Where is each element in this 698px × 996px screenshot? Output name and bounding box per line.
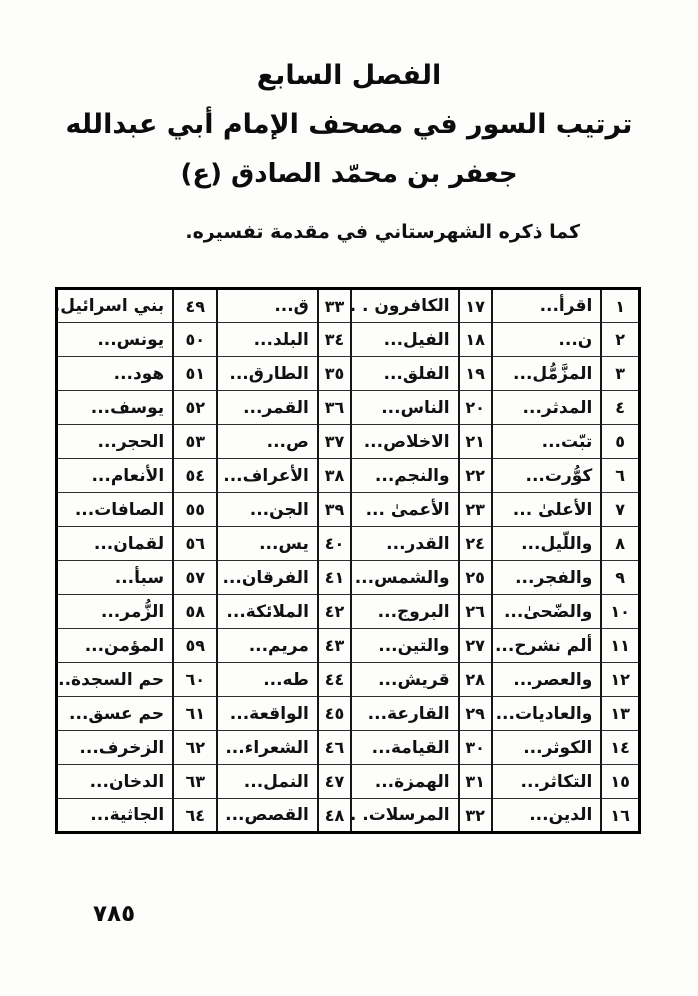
surah-order-number: ٤	[601, 391, 639, 425]
book-page: { "header": { "chapter_title": "الفصل ال…	[0, 0, 698, 996]
surah-name: بني اسرائيل...	[57, 289, 174, 323]
surah-order-number: ٩	[601, 561, 639, 595]
surah-name: ص...	[217, 425, 318, 459]
surah-table-container: ١اقرأ...١٧الكافرون . .٣٣ق...٤٩بني اسرائي…	[55, 287, 641, 834]
table-row: ١١ألم نشرح...٢٧والتين...٤٣مريم...٥٩المؤم…	[57, 629, 640, 663]
surah-order-number: ١٣	[601, 697, 639, 731]
surah-order-number: ٤٨	[318, 799, 351, 833]
surah-name: والنجم...	[351, 459, 459, 493]
surah-name: اقرأ...	[492, 289, 602, 323]
surah-order-number: ٤١	[318, 561, 351, 595]
surah-name: البروج...	[351, 595, 459, 629]
surah-order-number: ١٤	[601, 731, 639, 765]
surah-order-number: ٦٠	[173, 663, 217, 697]
surah-order-number: ١٢	[601, 663, 639, 697]
table-row: ٨واللّيل...٢٤القدر...٤٠يس...٥٦لقمان...	[57, 527, 640, 561]
table-row: ١٥التكاثر...٣١الهمزة...٤٧النمل...٦٣الدخا…	[57, 765, 640, 799]
surah-name: الفرقان...	[217, 561, 318, 595]
surah-order-number: ٤٥	[318, 697, 351, 731]
surah-name: المؤمن...	[57, 629, 174, 663]
surah-name: التكاثر...	[492, 765, 602, 799]
surah-name: المزَّمُّل...	[492, 357, 602, 391]
surah-order-number: ٦١	[173, 697, 217, 731]
surah-order-number: ٥٠	[173, 323, 217, 357]
surah-order-number: ٥١	[173, 357, 217, 391]
surah-name: يس...	[217, 527, 318, 561]
surah-table: ١اقرأ...١٧الكافرون . .٣٣ق...٤٩بني اسرائي…	[55, 287, 641, 834]
surah-order-number: ٤٤	[318, 663, 351, 697]
surah-name: والعصر...	[492, 663, 602, 697]
surah-name: واللّيل...	[492, 527, 602, 561]
surah-order-number: ٣٤	[318, 323, 351, 357]
surah-order-number: ٥٦	[173, 527, 217, 561]
surah-order-number: ٦٤	[173, 799, 217, 833]
surah-name: الفلق...	[351, 357, 459, 391]
surah-name: تبّت...	[492, 425, 602, 459]
table-row: ٤المدثر...٢٠الناس...٣٦القمر...٥٢يوسف...	[57, 391, 640, 425]
surah-name: الهمزة...	[351, 765, 459, 799]
surah-order-number: ٥٩	[173, 629, 217, 663]
surah-name: النمل...	[217, 765, 318, 799]
surah-order-number: ٢	[601, 323, 639, 357]
surah-order-number: ٥٣	[173, 425, 217, 459]
chapter-title: الفصل السابع	[0, 60, 698, 91]
surah-name: الشعراء...	[217, 731, 318, 765]
surah-order-number: ٤٣	[318, 629, 351, 663]
surah-name: البلد...	[217, 323, 318, 357]
surah-name: والتين...	[351, 629, 459, 663]
surah-name: الزُّمر...	[57, 595, 174, 629]
surah-name: الزخرف...	[57, 731, 174, 765]
surah-order-number: ١٠	[601, 595, 639, 629]
surah-order-number: ٣٣	[318, 289, 351, 323]
table-row: ٢ن...١٨الفيل...٣٤البلد...٥٠يونس...	[57, 323, 640, 357]
surah-order-number: ٢٨	[459, 663, 492, 697]
surah-order-number: ١١	[601, 629, 639, 663]
surah-name: الناس...	[351, 391, 459, 425]
surah-name: ن...	[492, 323, 602, 357]
surah-order-number: ٢٣	[459, 493, 492, 527]
surah-order-number: ٣٢	[459, 799, 492, 833]
surah-name: المدثر...	[492, 391, 602, 425]
surah-name: الحجر...	[57, 425, 174, 459]
surah-table-body: ١اقرأ...١٧الكافرون . .٣٣ق...٤٩بني اسرائي…	[57, 289, 640, 833]
surah-name: الدين...	[492, 799, 602, 833]
surah-name: والعاديات...	[492, 697, 602, 731]
surah-order-number: ٣١	[459, 765, 492, 799]
surah-order-number: ٤٠	[318, 527, 351, 561]
chapter-attribution: جعفر بن محمّد الصادق (ع)	[0, 159, 698, 189]
table-row: ١٦الدين...٣٢المرسلات. .٤٨القصص...٦٤الجاث…	[57, 799, 640, 833]
surah-order-number: ٦٢	[173, 731, 217, 765]
surah-name: ألم نشرح...	[492, 629, 602, 663]
table-row: ٧الأعلىٰ ...٢٣الأعمىٰ ...٣٩الجن...٥٥الصا…	[57, 493, 640, 527]
surah-name: سبأ...	[57, 561, 174, 595]
surah-order-number: ٥٥	[173, 493, 217, 527]
surah-order-number: ٧	[601, 493, 639, 527]
surah-name: الأعمىٰ ...	[351, 493, 459, 527]
surah-name: ق...	[217, 289, 318, 323]
table-row: ١٢والعصر...٢٨قريش...٤٤طه...٦٠حم السجدة..…	[57, 663, 640, 697]
surah-order-number: ٤٢	[318, 595, 351, 629]
surah-name: الأعلىٰ ...	[492, 493, 602, 527]
surah-name: والضّحىٰ...	[492, 595, 602, 629]
surah-name: الكافرون . .	[351, 289, 459, 323]
surah-order-number: ٢٧	[459, 629, 492, 663]
page-number: ٧٨٥	[93, 901, 135, 927]
table-row: ٣المزَّمُّل...١٩الفلق...٣٥الطارق...٥١هود…	[57, 357, 640, 391]
surah-order-number: ١٩	[459, 357, 492, 391]
surah-name: القصص...	[217, 799, 318, 833]
surah-name: هود...	[57, 357, 174, 391]
table-row: ١٣والعاديات...٢٩القارعة...٤٥الواقعة...٦١…	[57, 697, 640, 731]
surah-name: الأعراف...	[217, 459, 318, 493]
surah-order-number: ٣٥	[318, 357, 351, 391]
surah-order-number: ٣٩	[318, 493, 351, 527]
surah-name: القيامة...	[351, 731, 459, 765]
surah-name: والفجر...	[492, 561, 602, 595]
surah-order-number: ٥٨	[173, 595, 217, 629]
surah-name: الكوثر...	[492, 731, 602, 765]
surah-name: القمر...	[217, 391, 318, 425]
surah-order-number: ٢٢	[459, 459, 492, 493]
surah-name: المرسلات. .	[351, 799, 459, 833]
table-row: ١٤الكوثر...٣٠القيامة...٤٦الشعراء...٦٢الز…	[57, 731, 640, 765]
surah-order-number: ٤٧	[318, 765, 351, 799]
surah-order-number: ١٧	[459, 289, 492, 323]
surah-name: الدخان...	[57, 765, 174, 799]
surah-order-number: ١٥	[601, 765, 639, 799]
surah-name: طه...	[217, 663, 318, 697]
surah-name: الصافات...	[57, 493, 174, 527]
surah-name: مريم...	[217, 629, 318, 663]
surah-order-number: ٢٤	[459, 527, 492, 561]
surah-name: قريش...	[351, 663, 459, 697]
surah-order-number: ٥٧	[173, 561, 217, 595]
source-note: كما ذكره الشهرستاني في مقدمة تفسيره.	[185, 221, 580, 243]
surah-name: حم السجدة...	[57, 663, 174, 697]
table-row: ٩والفجر...٢٥والشمس...٤١الفرقان...٥٧سبأ..…	[57, 561, 640, 595]
surah-name: حم عسق...	[57, 697, 174, 731]
surah-name: الاخلاص...	[351, 425, 459, 459]
surah-order-number: ٢٥	[459, 561, 492, 595]
surah-name: يوسف...	[57, 391, 174, 425]
surah-name: الواقعة...	[217, 697, 318, 731]
surah-order-number: ٢١	[459, 425, 492, 459]
surah-order-number: ٣	[601, 357, 639, 391]
surah-name: الفيل...	[351, 323, 459, 357]
surah-order-number: ١٦	[601, 799, 639, 833]
surah-order-number: ١٨	[459, 323, 492, 357]
surah-order-number: ٥	[601, 425, 639, 459]
surah-order-number: ٢٦	[459, 595, 492, 629]
surah-order-number: ٨	[601, 527, 639, 561]
surah-order-number: ٢٠	[459, 391, 492, 425]
surah-order-number: ٣٦	[318, 391, 351, 425]
surah-order-number: ٥٢	[173, 391, 217, 425]
surah-name: الجاثية...	[57, 799, 174, 833]
surah-order-number: ٣٨	[318, 459, 351, 493]
surah-order-number: ٢٩	[459, 697, 492, 731]
surah-name: الطارق...	[217, 357, 318, 391]
table-row: ٥تبّت...٢١الاخلاص...٣٧ص...٥٣الحجر...	[57, 425, 640, 459]
table-row: ١٠والضّحىٰ...٢٦البروج...٤٢الملائكة...٥٨ا…	[57, 595, 640, 629]
table-row: ٦كوُّرت...٢٢والنجم...٣٨الأعراف...٥٤الأنع…	[57, 459, 640, 493]
surah-order-number: ٣٠	[459, 731, 492, 765]
surah-order-number: ١	[601, 289, 639, 323]
surah-name: لقمان...	[57, 527, 174, 561]
surah-name: الملائكة...	[217, 595, 318, 629]
surah-name: والشمس...	[351, 561, 459, 595]
surah-order-number: ٦	[601, 459, 639, 493]
surah-name: القدر...	[351, 527, 459, 561]
surah-name: الأنعام...	[57, 459, 174, 493]
chapter-subtitle: ترتيب السور في مصحف الإمام أبي عبدالله	[0, 109, 698, 140]
surah-name: كوُّرت...	[492, 459, 602, 493]
surah-order-number: ٣٧	[318, 425, 351, 459]
surah-order-number: ٦٣	[173, 765, 217, 799]
surah-order-number: ٥٤	[173, 459, 217, 493]
surah-order-number: ٤٩	[173, 289, 217, 323]
table-row: ١اقرأ...١٧الكافرون . .٣٣ق...٤٩بني اسرائي…	[57, 289, 640, 323]
surah-name: الجن...	[217, 493, 318, 527]
surah-name: القارعة...	[351, 697, 459, 731]
surah-order-number: ٤٦	[318, 731, 351, 765]
surah-name: يونس...	[57, 323, 174, 357]
